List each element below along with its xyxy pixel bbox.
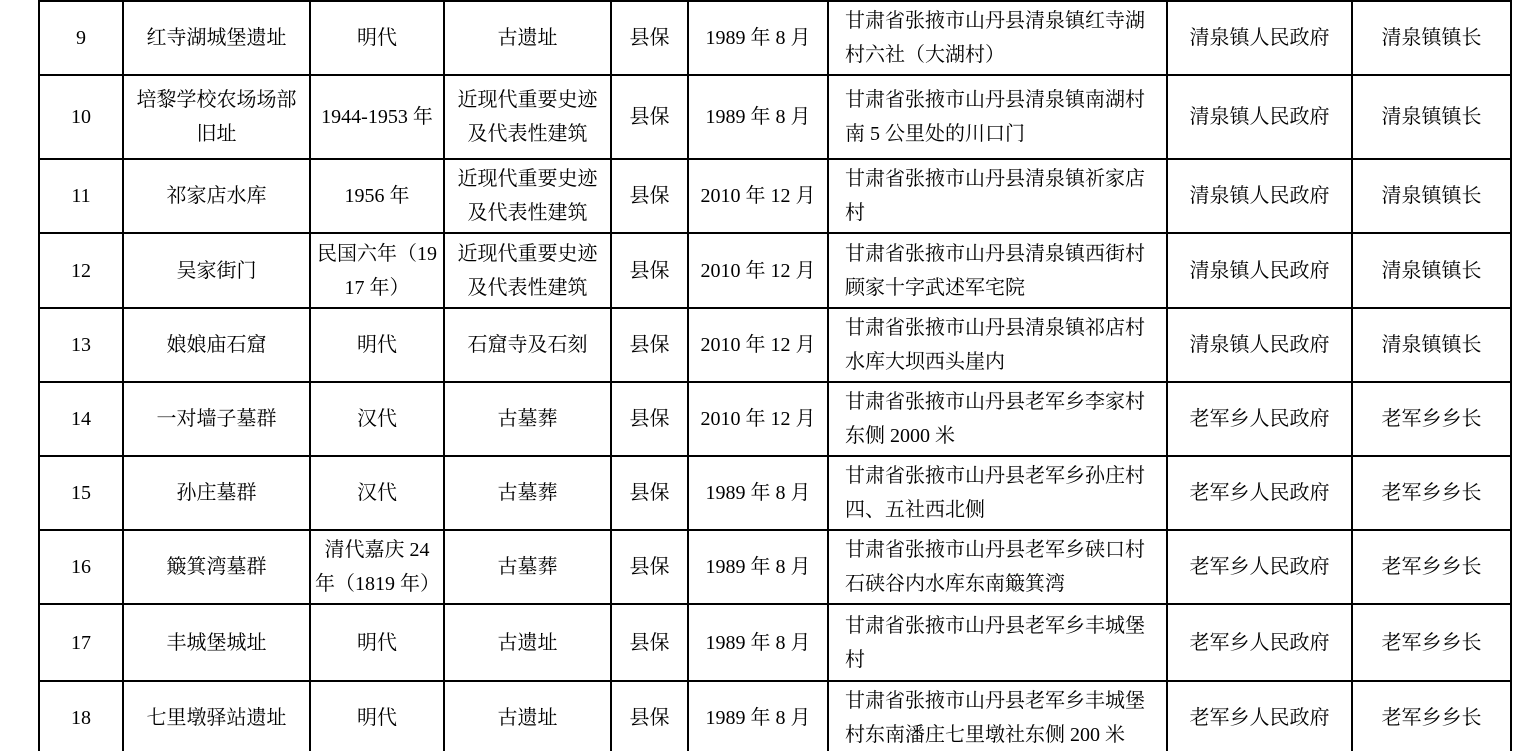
cell-responsible-person: 清泉镇镇长 bbox=[1352, 308, 1511, 382]
cell-address: 甘肃省张掖市山丹县清泉镇祁店村水库大坝西头崖内 bbox=[828, 308, 1167, 382]
cell-announce-date: 1989 年 8 月 bbox=[688, 604, 828, 681]
cell-announce-date: 1989 年 8 月 bbox=[688, 75, 828, 159]
cell-era: 清代嘉庆 24 年（1819 年） bbox=[310, 530, 444, 604]
cell-number: 13 bbox=[39, 308, 123, 382]
cell-era: 明代 bbox=[310, 604, 444, 681]
cell-number: 9 bbox=[39, 1, 123, 75]
table-body: 9 红寺湖城堡遗址 明代 古遗址 县保 1989 年 8 月 甘肃省张掖市山丹县… bbox=[39, 0, 1511, 751]
cell-responsible-unit: 清泉镇人民政府 bbox=[1167, 308, 1352, 382]
cell-responsible-unit: 老军乡人民政府 bbox=[1167, 382, 1352, 456]
cell-address: 甘肃省张掖市山丹县清泉镇祈家店村 bbox=[828, 159, 1167, 233]
table-row: 18 七里墩驿站遗址 明代 古遗址 县保 1989 年 8 月 甘肃省张掖市山丹… bbox=[39, 681, 1511, 751]
table-row: 14 一对墙子墓群 汉代 古墓葬 县保 2010 年 12 月 甘肃省张掖市山丹… bbox=[39, 382, 1511, 456]
cell-number: 11 bbox=[39, 159, 123, 233]
cell-responsible-unit: 老军乡人民政府 bbox=[1167, 530, 1352, 604]
cell-era: 明代 bbox=[310, 1, 444, 75]
cell-responsible-person: 老军乡乡长 bbox=[1352, 604, 1511, 681]
cell-number: 17 bbox=[39, 604, 123, 681]
cell-protection-level: 县保 bbox=[611, 530, 688, 604]
cell-announce-date: 2010 年 12 月 bbox=[688, 159, 828, 233]
cell-category: 古墓葬 bbox=[444, 530, 611, 604]
cell-responsible-person: 清泉镇镇长 bbox=[1352, 233, 1511, 308]
cell-announce-date: 2010 年 12 月 bbox=[688, 308, 828, 382]
cell-responsible-unit: 清泉镇人民政府 bbox=[1167, 159, 1352, 233]
cell-protection-level: 县保 bbox=[611, 382, 688, 456]
cell-announce-date: 1989 年 8 月 bbox=[688, 530, 828, 604]
cell-site-name: 簸箕湾墓群 bbox=[123, 530, 310, 604]
cell-site-name: 孙庄墓群 bbox=[123, 456, 310, 530]
cell-site-name: 培黎学校农场场部旧址 bbox=[123, 75, 310, 159]
cell-site-name: 红寺湖城堡遗址 bbox=[123, 1, 310, 75]
cell-responsible-unit: 清泉镇人民政府 bbox=[1167, 75, 1352, 159]
cell-category: 古遗址 bbox=[444, 1, 611, 75]
cell-address: 甘肃省张掖市山丹县老军乡丰城堡村 bbox=[828, 604, 1167, 681]
cell-address: 甘肃省张掖市山丹县老军乡硖口村石硖谷内水库东南簸箕湾 bbox=[828, 530, 1167, 604]
cell-address: 甘肃省张掖市山丹县清泉镇红寺湖村六社（大湖村） bbox=[828, 1, 1167, 75]
cell-responsible-unit: 老军乡人民政府 bbox=[1167, 456, 1352, 530]
table-row: 10 培黎学校农场场部旧址 1944-1953 年 近现代重要史迹及代表性建筑 … bbox=[39, 75, 1511, 159]
cell-category: 石窟寺及石刻 bbox=[444, 308, 611, 382]
cell-responsible-unit: 老军乡人民政府 bbox=[1167, 681, 1352, 751]
document-page: 9 红寺湖城堡遗址 明代 古遗址 县保 1989 年 8 月 甘肃省张掖市山丹县… bbox=[0, 0, 1528, 751]
cell-announce-date: 1989 年 8 月 bbox=[688, 456, 828, 530]
table-row: 17 丰城堡城址 明代 古遗址 县保 1989 年 8 月 甘肃省张掖市山丹县老… bbox=[39, 604, 1511, 681]
cell-era: 民国六年（1917 年） bbox=[310, 233, 444, 308]
cell-announce-date: 2010 年 12 月 bbox=[688, 233, 828, 308]
cell-responsible-person: 老军乡乡长 bbox=[1352, 530, 1511, 604]
cell-number: 18 bbox=[39, 681, 123, 751]
cell-responsible-person: 清泉镇镇长 bbox=[1352, 159, 1511, 233]
cell-category: 近现代重要史迹及代表性建筑 bbox=[444, 75, 611, 159]
cell-responsible-person: 老军乡乡长 bbox=[1352, 681, 1511, 751]
cell-responsible-person: 老军乡乡长 bbox=[1352, 456, 1511, 530]
cell-announce-date: 1989 年 8 月 bbox=[688, 1, 828, 75]
cell-category: 古遗址 bbox=[444, 604, 611, 681]
cell-number: 16 bbox=[39, 530, 123, 604]
cell-address: 甘肃省张掖市山丹县清泉镇南湖村南 5 公里处的川口门 bbox=[828, 75, 1167, 159]
cell-responsible-unit: 老军乡人民政府 bbox=[1167, 604, 1352, 681]
cell-era: 汉代 bbox=[310, 456, 444, 530]
cell-address: 甘肃省张掖市山丹县清泉镇西街村顾家十字武述军宅院 bbox=[828, 233, 1167, 308]
cell-category: 古墓葬 bbox=[444, 382, 611, 456]
cell-protection-level: 县保 bbox=[611, 308, 688, 382]
cell-address: 甘肃省张掖市山丹县老军乡孙庄村四、五社西北侧 bbox=[828, 456, 1167, 530]
cell-era: 汉代 bbox=[310, 382, 444, 456]
heritage-sites-table: 9 红寺湖城堡遗址 明代 古遗址 县保 1989 年 8 月 甘肃省张掖市山丹县… bbox=[38, 0, 1512, 751]
cell-number: 14 bbox=[39, 382, 123, 456]
cell-category: 古墓葬 bbox=[444, 456, 611, 530]
table-row: 16 簸箕湾墓群 清代嘉庆 24 年（1819 年） 古墓葬 县保 1989 年… bbox=[39, 530, 1511, 604]
cell-address: 甘肃省张掖市山丹县老军乡李家村东侧 2000 米 bbox=[828, 382, 1167, 456]
cell-address: 甘肃省张掖市山丹县老军乡丰城堡村东南潘庄七里墩社东侧 200 米 bbox=[828, 681, 1167, 751]
cell-site-name: 七里墩驿站遗址 bbox=[123, 681, 310, 751]
cell-protection-level: 县保 bbox=[611, 75, 688, 159]
cell-announce-date: 2010 年 12 月 bbox=[688, 382, 828, 456]
table-row: 11 祁家店水库 1956 年 近现代重要史迹及代表性建筑 县保 2010 年 … bbox=[39, 159, 1511, 233]
cell-category: 近现代重要史迹及代表性建筑 bbox=[444, 233, 611, 308]
cell-responsible-person: 清泉镇镇长 bbox=[1352, 1, 1511, 75]
cell-number: 15 bbox=[39, 456, 123, 530]
cell-protection-level: 县保 bbox=[611, 233, 688, 308]
table-row: 9 红寺湖城堡遗址 明代 古遗址 县保 1989 年 8 月 甘肃省张掖市山丹县… bbox=[39, 1, 1511, 75]
cell-protection-level: 县保 bbox=[611, 1, 688, 75]
table-row: 12 吴家街门 民国六年（1917 年） 近现代重要史迹及代表性建筑 县保 20… bbox=[39, 233, 1511, 308]
cell-site-name: 娘娘庙石窟 bbox=[123, 308, 310, 382]
cell-site-name: 一对墙子墓群 bbox=[123, 382, 310, 456]
cell-announce-date: 1989 年 8 月 bbox=[688, 681, 828, 751]
table-row: 13 娘娘庙石窟 明代 石窟寺及石刻 县保 2010 年 12 月 甘肃省张掖市… bbox=[39, 308, 1511, 382]
cell-site-name: 祁家店水库 bbox=[123, 159, 310, 233]
cell-era: 1956 年 bbox=[310, 159, 444, 233]
cell-responsible-unit: 清泉镇人民政府 bbox=[1167, 1, 1352, 75]
cell-category: 古遗址 bbox=[444, 681, 611, 751]
cell-protection-level: 县保 bbox=[611, 681, 688, 751]
table-row: 15 孙庄墓群 汉代 古墓葬 县保 1989 年 8 月 甘肃省张掖市山丹县老军… bbox=[39, 456, 1511, 530]
cell-number: 10 bbox=[39, 75, 123, 159]
cell-protection-level: 县保 bbox=[611, 456, 688, 530]
cell-protection-level: 县保 bbox=[611, 604, 688, 681]
cell-category: 近现代重要史迹及代表性建筑 bbox=[444, 159, 611, 233]
cell-protection-level: 县保 bbox=[611, 159, 688, 233]
cell-responsible-person: 老军乡乡长 bbox=[1352, 382, 1511, 456]
cell-era: 明代 bbox=[310, 308, 444, 382]
cell-responsible-person: 清泉镇镇长 bbox=[1352, 75, 1511, 159]
cell-site-name: 吴家街门 bbox=[123, 233, 310, 308]
cell-responsible-unit: 清泉镇人民政府 bbox=[1167, 233, 1352, 308]
table-viewport: 9 红寺湖城堡遗址 明代 古遗址 县保 1989 年 8 月 甘肃省张掖市山丹县… bbox=[38, 0, 1514, 751]
cell-site-name: 丰城堡城址 bbox=[123, 604, 310, 681]
cell-era: 1944-1953 年 bbox=[310, 75, 444, 159]
cell-era: 明代 bbox=[310, 681, 444, 751]
cell-number: 12 bbox=[39, 233, 123, 308]
